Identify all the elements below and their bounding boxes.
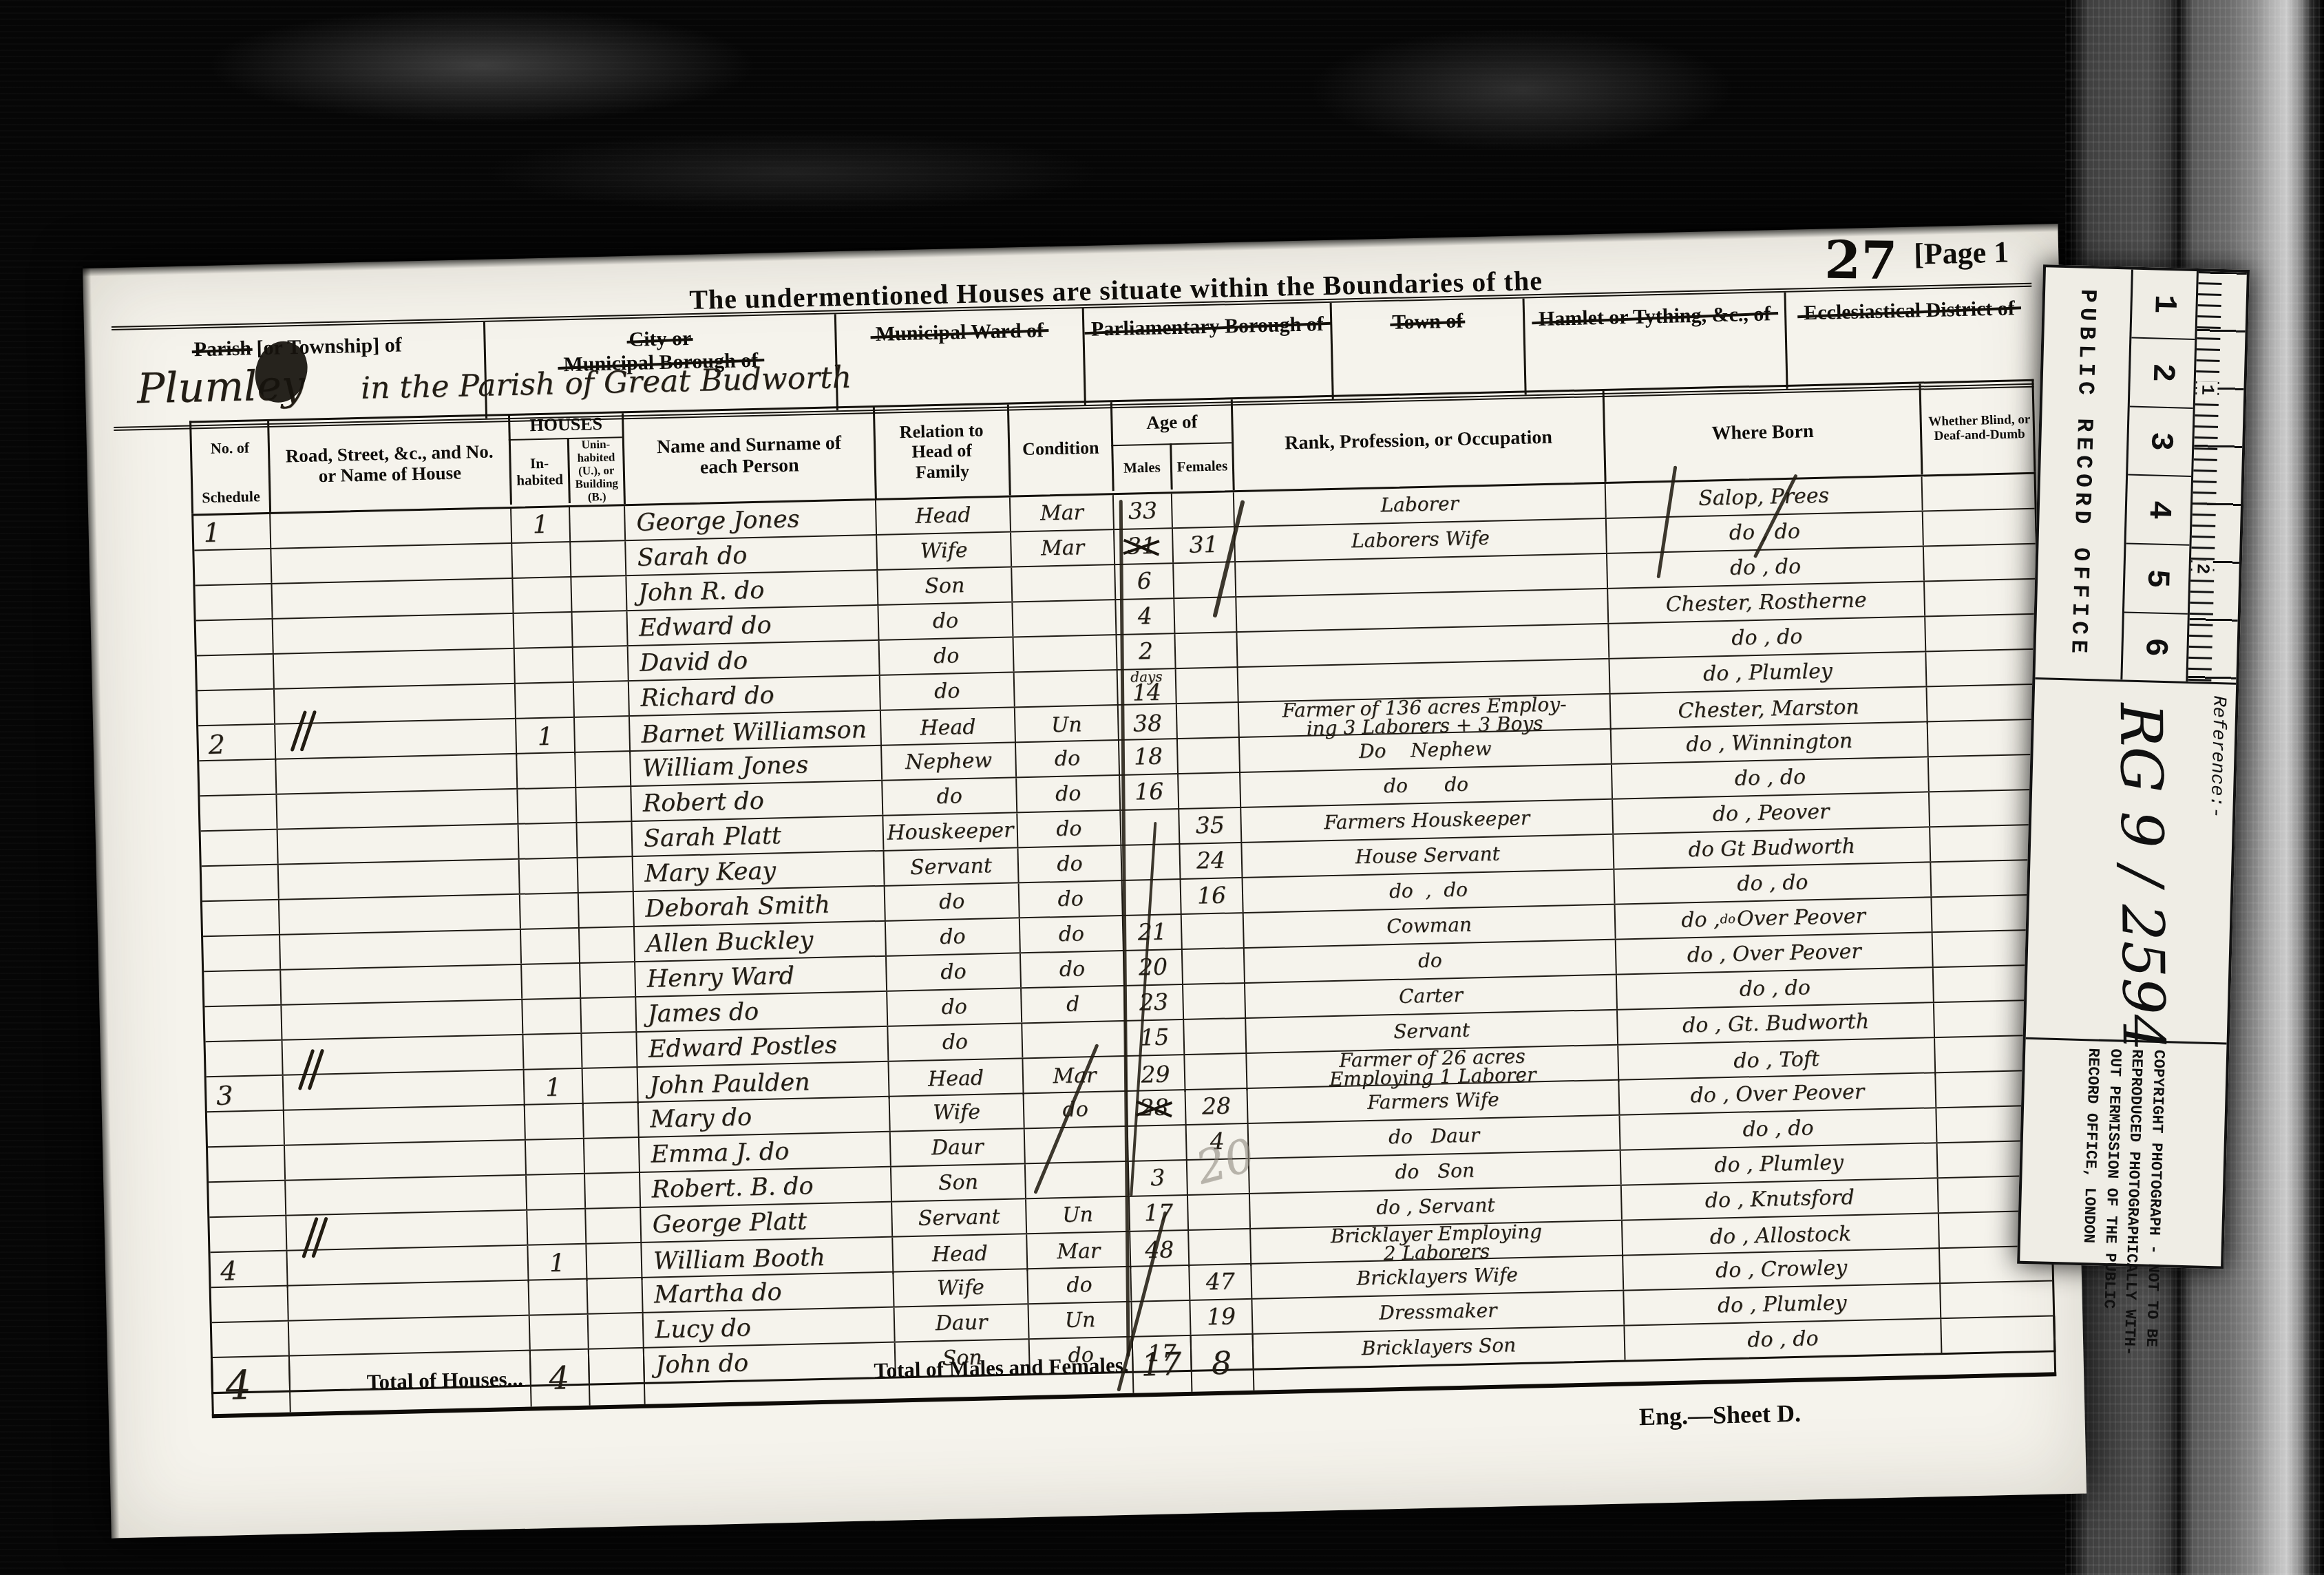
cell-name: Edward do <box>626 606 878 645</box>
cell-uninhabited <box>583 1138 639 1173</box>
cell-uninhabited <box>570 576 626 611</box>
cell-age-female <box>1183 1019 1245 1054</box>
cell-uninhabited <box>572 646 628 681</box>
cell-relation: Head <box>891 1234 1026 1274</box>
col-blind: Whether Blind, or Deaf-and-Dumb <box>1919 381 2038 475</box>
cell-uninhabited <box>580 997 635 1033</box>
cell-name: Allen Buckley <box>633 922 885 961</box>
col-females: Females <box>1170 442 1232 489</box>
cell-inhabited: 1 <box>510 507 569 542</box>
cell-name: Emma J. do <box>638 1132 890 1172</box>
cell-uninhabited <box>579 962 635 997</box>
cell-age-male: days14 <box>1117 669 1176 704</box>
cell-schedule: 4 <box>210 1251 286 1290</box>
cell-inhabited <box>511 542 570 578</box>
cell-uninhabited <box>574 752 630 787</box>
cell-condition: do <box>1019 916 1123 952</box>
cell-road <box>271 579 512 618</box>
cell-born: do , do <box>1616 968 1933 1008</box>
pen-tick <box>308 1216 340 1259</box>
ruler-number: 6 <box>2122 613 2188 681</box>
cell-name: Richard do <box>628 676 880 715</box>
cell-uninhabited <box>587 1278 642 1313</box>
cell-schedule <box>204 1006 281 1041</box>
cell-born: do , Knutsford <box>1620 1178 1938 1219</box>
col-males: Males <box>1111 443 1170 491</box>
cell-schedule: 2 <box>198 725 275 763</box>
cell-condition <box>1011 600 1115 636</box>
cell-relation: Daur <box>889 1129 1024 1165</box>
cell-uninhabited <box>582 1103 638 1138</box>
cell-condition: do <box>1017 846 1121 882</box>
pro-reference-section: Reference:- RG 9 / 2594 <box>2026 680 2236 1043</box>
cell-road <box>283 1106 525 1145</box>
cell-schedule <box>211 1287 288 1322</box>
scan-smudge <box>1308 28 1735 151</box>
cell-relation: do <box>881 778 1016 814</box>
cell-condition <box>1021 1022 1125 1057</box>
cell-inhabited: 1 <box>523 1069 582 1107</box>
cell-condition <box>1024 1127 1128 1163</box>
cell-relation: Servant <box>883 848 1018 885</box>
cell-age-male: 2 <box>1115 634 1174 669</box>
cell-relation: do <box>887 1024 1022 1060</box>
page-label: [Page 1 <box>1914 235 2009 272</box>
ruler-inch-label: 2 <box>2192 560 2213 577</box>
cell-name: Sarah Platt <box>631 816 883 856</box>
cell-born: do , Peover <box>1612 792 1929 833</box>
cell-condition: do <box>1018 881 1122 917</box>
cell-born: do , Gt. Budworth <box>1616 1003 1934 1044</box>
pen-tick <box>304 1048 337 1091</box>
ruler-number: 3 <box>2128 407 2193 477</box>
cell-age-male: 18 <box>1118 739 1177 774</box>
cell-condition: do <box>1015 776 1119 812</box>
cell-name: George Jones <box>624 500 876 540</box>
cell-inhabited <box>514 648 573 683</box>
cell-born: Chester, Rostherne <box>1607 582 1924 622</box>
col-inhabited: In-habited <box>509 439 569 505</box>
cell-schedule <box>196 584 272 620</box>
loc-cell: Municipal Ward of <box>834 308 1084 410</box>
cell-blind <box>1923 580 2039 616</box>
total-schedule: 4 <box>225 1357 252 1414</box>
cell-age-female: 35 <box>1178 808 1240 843</box>
cell-schedule <box>197 655 273 690</box>
col-houses-group: HOUSES <box>508 413 622 441</box>
cell-road <box>288 1316 529 1355</box>
cell-schedule <box>209 1216 286 1251</box>
cell-uninhabited <box>580 1033 636 1068</box>
pro-title: PUBLIC RECORD OFFICE <box>2035 267 2131 680</box>
total-mf-label: Total of Males and Females. <box>818 1337 1130 1400</box>
ruler-number: 4 <box>2126 476 2192 546</box>
col-name: Name and Surname of each Person <box>622 408 875 504</box>
cell-relation: do <box>886 989 1021 1025</box>
cell-born: do Gt Budworth <box>1612 827 1930 868</box>
cell-inhabited <box>514 683 573 718</box>
cell-born: do , do <box>1607 617 1925 657</box>
cell-schedule <box>194 549 271 584</box>
cell-uninhabited <box>584 1173 640 1208</box>
cell-condition <box>1013 670 1117 706</box>
cell-road <box>279 965 521 1004</box>
cell-born: do , do <box>1613 863 1930 903</box>
cell-age-female <box>1174 633 1236 668</box>
cell-name: Henry Ward <box>634 957 886 996</box>
col-condition: Condition <box>1007 402 1112 495</box>
cell-inhabited <box>516 753 575 788</box>
cell-uninhabited <box>575 822 631 857</box>
cell-condition: Un <box>1025 1197 1129 1233</box>
cell-blind <box>1939 1281 2055 1318</box>
cell-name: John R. do <box>625 571 877 610</box>
cell-schedule <box>212 1322 288 1357</box>
cell-inhabited <box>511 578 571 613</box>
census-page: The undermentioned Houses are situate wi… <box>83 224 2087 1539</box>
cell-schedule <box>209 1181 285 1216</box>
cell-schedule: 1 <box>193 514 270 549</box>
cell-name: Mary do <box>637 1097 889 1137</box>
sheet-footer: Eng.—Sheet D. <box>1541 1397 1899 1434</box>
cell-blind <box>1928 790 2044 827</box>
cell-uninhabited <box>578 927 634 962</box>
cell-age-male: 29 <box>1125 1055 1184 1093</box>
cell-born: do , Plumley <box>1608 652 1925 693</box>
cell-born: do , do <box>1611 757 1928 798</box>
cell-born: do , Crowley <box>1622 1249 1939 1289</box>
cell-age-female <box>1181 949 1244 984</box>
ruler-numbers: 123456 <box>2120 269 2197 681</box>
cell-condition <box>1011 565 1115 601</box>
cell-uninhabited <box>578 892 633 927</box>
cell-name: James do <box>635 992 887 1031</box>
cell-age-female: 31 <box>1172 527 1234 562</box>
cell-schedule <box>207 1111 284 1146</box>
cell-relation: Son <box>890 1164 1025 1201</box>
cell-road <box>277 860 519 899</box>
cell-relation: do <box>877 603 1012 639</box>
cell-relation: do <box>884 883 1019 920</box>
loc-cell: Hamlet or Tything, &c., of <box>1523 293 1786 395</box>
col-schedule: No. ofSchedule <box>191 421 269 514</box>
cell-age-male: 38 <box>1117 704 1176 742</box>
cell-age-female: 16 <box>1180 878 1243 913</box>
total-houses-label: Total of Houses... <box>295 1351 524 1412</box>
cell-road <box>275 790 517 829</box>
cell-road <box>277 825 518 864</box>
cell-name: William Jones <box>629 746 881 785</box>
cell-road <box>278 895 520 934</box>
cell-schedule <box>206 1041 282 1076</box>
cell-uninhabited <box>584 1208 640 1243</box>
cell-relation: Wife <box>876 533 1011 569</box>
ruler-number: 2 <box>2130 338 2195 408</box>
cell-uninhabited <box>585 1243 641 1281</box>
copyright-notice: COPYRIGHT PHOTOGRAPH - NOT TO BEREPRODUC… <box>2020 1037 2226 1267</box>
cell-name: David do <box>627 641 879 680</box>
cell-relation: Wife <box>892 1269 1027 1306</box>
reference-value-handwritten: RG 9 / 2594 <box>2107 703 2177 1052</box>
loc-cell: Parliamentary Borough of <box>1082 303 1332 405</box>
cell-condition: do <box>1016 811 1120 847</box>
cell-age-male <box>1119 810 1179 845</box>
cell-age-male: 3 <box>1128 1161 1187 1196</box>
cell-name: George Platt <box>640 1203 891 1242</box>
cell-uninhabited <box>577 857 633 892</box>
cell-blind <box>1921 474 2037 511</box>
cell-relation: do <box>879 673 1014 709</box>
cell-uninhabited <box>587 1313 643 1349</box>
cell-road <box>279 930 520 969</box>
cell-age-female: 19 <box>1189 1300 1251 1335</box>
cell-born: do , do <box>1606 547 1923 587</box>
cell-schedule <box>202 900 279 936</box>
cell-age-female <box>1187 1229 1250 1267</box>
cell-relation: Nephew <box>880 743 1015 779</box>
cell-schedule <box>208 1146 284 1181</box>
cell-condition: Mar <box>1009 495 1113 531</box>
pen-tick <box>297 709 329 752</box>
cell-age-female <box>1175 668 1238 703</box>
cell-uninhabited <box>569 506 624 541</box>
cell-relation: Wife <box>889 1094 1024 1130</box>
cell-inhabited: 1 <box>527 1245 586 1282</box>
cell-relation: Houskeeper <box>882 813 1017 849</box>
cell-uninhabited <box>573 717 629 754</box>
cell-name: Edward Postles <box>635 1027 887 1066</box>
cell-condition: do <box>1026 1267 1130 1303</box>
cell-schedule <box>196 620 273 655</box>
cell-age-female <box>1182 984 1245 1019</box>
cell-age-male: 17 <box>1128 1196 1187 1231</box>
cell-inhabited <box>513 613 572 648</box>
cell-age-female <box>1177 773 1240 808</box>
cell-schedule <box>201 830 277 865</box>
cell-born: do , Winnington <box>1610 722 1927 763</box>
cell-inhabited <box>525 1174 584 1209</box>
cell-relation: Head <box>875 498 1010 534</box>
total-houses-value: 4 <box>529 1349 589 1407</box>
cell-inhabited <box>526 1209 585 1245</box>
cell-road <box>284 1141 525 1180</box>
cell-road <box>280 1000 522 1039</box>
cell-inhabited <box>520 964 580 999</box>
scan-smudge <box>482 131 1101 213</box>
cell-age-male: 20 <box>1123 950 1182 985</box>
cell-age-male <box>1130 1266 1189 1301</box>
cell-age-female: 47 <box>1188 1265 1251 1300</box>
cell-name: Martha do <box>641 1273 893 1312</box>
cell-condition: Un <box>1014 706 1118 745</box>
loc-cell: Town of <box>1330 299 1525 399</box>
ruler-ticks: 1 2 <box>2186 271 2247 683</box>
cell-relation: Daur <box>894 1304 1028 1341</box>
ruler-number: 5 <box>2124 544 2190 614</box>
cell-inhabited <box>524 1104 583 1139</box>
census-scan: The undermentioned Houses are situate wi… <box>0 0 2324 1575</box>
cell-road <box>270 544 511 583</box>
cell-inhabited <box>529 1315 588 1350</box>
total-females: 8 <box>1190 1334 1254 1392</box>
cell-blind <box>1922 509 2038 546</box>
cell-condition: Mar <box>1026 1232 1130 1271</box>
cell-name: Deborah Smith <box>633 887 885 926</box>
cell-inhabited <box>516 788 575 823</box>
scan-smudge <box>207 7 757 124</box>
cell-condition <box>1013 635 1117 671</box>
cell-age-male: 16 <box>1119 774 1178 810</box>
cell-age-female <box>1183 1054 1246 1092</box>
cell-age-female <box>1176 738 1239 773</box>
cell-schedule <box>203 936 279 971</box>
cell-schedule <box>200 795 276 830</box>
cell-age-male: 15 <box>1124 1020 1183 1055</box>
cell-born: Salop, Prees <box>1605 476 1922 517</box>
cell-road <box>287 1281 529 1320</box>
cell-blind <box>1927 720 2042 757</box>
cell-born: do , Over Peover <box>1618 1073 1935 1114</box>
cell-age-female: 28 <box>1185 1089 1247 1124</box>
cell-born: do , do <box>1605 511 1923 552</box>
cell-uninhabited <box>582 1068 637 1106</box>
cell-born: do , Plumley <box>1623 1284 1940 1324</box>
loc-cell: Ecclesiastical District of <box>1784 287 2033 389</box>
cell-relation: do <box>885 953 1020 990</box>
cell-name: Mary Keay <box>632 852 884 891</box>
public-record-office-card: 1 2 123456 PUBLIC RECORD OFFICE Referenc… <box>2017 264 2250 1269</box>
cell-road <box>273 649 514 688</box>
col-relation: Relation to Head of Family <box>873 405 1009 498</box>
cell-blind <box>1923 545 2038 581</box>
cell-inhabited <box>518 858 578 894</box>
pro-ruler-section: 1 2 123456 PUBLIC RECORD OFFICE <box>2035 267 2247 685</box>
col-occupation: Rank, Profession, or Occupation <box>1231 391 1605 490</box>
cell-age-male: 21 <box>1122 915 1181 950</box>
cell-age-male: 23 <box>1123 985 1183 1020</box>
cell-age-female <box>1173 598 1236 633</box>
cell-relation: Head <box>880 708 1015 748</box>
cell-age-female <box>1171 492 1234 527</box>
cell-blind <box>1927 755 2043 792</box>
cell-condition: Un <box>1028 1302 1132 1338</box>
ruler-number: 1 <box>2131 270 2197 340</box>
cell-born: do , do <box>1618 1108 1936 1149</box>
cell-name: Sarah do <box>624 536 876 575</box>
cell-road <box>272 614 514 653</box>
cell-age-female <box>1176 703 1238 741</box>
cell-name: Robert. B. do <box>639 1167 891 1207</box>
page-number: 27 <box>1824 229 1898 291</box>
cell-uninhabited <box>575 787 631 822</box>
cell-condition: Mar <box>1022 1057 1126 1096</box>
cell-blind <box>1924 615 2040 651</box>
cell-uninhabited <box>569 541 625 576</box>
cell-inhabited <box>522 1034 581 1069</box>
cell-inhabited <box>520 929 579 964</box>
cell-condition: d <box>1020 986 1124 1022</box>
cell-road <box>284 1176 526 1215</box>
cell-born: do , Plumley <box>1620 1143 1937 1184</box>
cell-inhabited <box>519 894 578 929</box>
cell-relation: Servant <box>891 1199 1026 1236</box>
cell-blind <box>1925 650 2040 686</box>
reference-label: Reference:- <box>2205 695 2229 818</box>
cell-condition: do <box>1020 951 1123 987</box>
cell-inhabited: 1 <box>515 718 574 756</box>
cell-relation: do <box>878 637 1013 674</box>
cell-schedule <box>199 760 275 795</box>
cell-inhabited <box>528 1280 587 1315</box>
col-road: Road, Street, &c., and No. or Name of Ho… <box>267 416 510 512</box>
cell-born: do , doOver Peover <box>1614 898 1932 938</box>
cell-name: Robert do <box>630 781 882 821</box>
ruler-inch-label: 1 <box>2197 381 2218 398</box>
cell-inhabited <box>525 1139 584 1174</box>
cell-uninhabited <box>571 611 627 646</box>
cell-schedule: 3 <box>207 1076 283 1114</box>
cell-age-female: 24 <box>1179 843 1241 878</box>
cell-condition: Mar <box>1010 530 1114 566</box>
cell-relation: do <box>885 918 1020 955</box>
cell-uninhabited <box>573 681 628 717</box>
col-born: Where Born <box>1603 384 1921 482</box>
cell-inhabited <box>517 823 576 858</box>
cell-blind <box>1925 685 2041 724</box>
cell-born: do , Over Peover <box>1615 933 1932 973</box>
cell-schedule <box>198 690 274 725</box>
cell-relation: Son <box>876 568 1011 604</box>
col-age-group: Age of <box>1110 399 1232 445</box>
cell-schedule <box>204 971 280 1006</box>
col-uninhabited: Unin-habited (U.), or Building (B.) <box>567 438 624 503</box>
cell-age-female <box>1187 1194 1249 1229</box>
cell-schedule <box>202 865 278 900</box>
total-males: 17 <box>1132 1335 1192 1393</box>
cell-relation: Head <box>887 1059 1022 1099</box>
cell-road <box>275 754 516 794</box>
cell-road <box>269 509 511 548</box>
cell-condition: do <box>1015 741 1119 776</box>
cell-age-female <box>1181 913 1243 949</box>
cell-inhabited <box>521 999 580 1034</box>
cell-name: Lucy do <box>642 1308 894 1347</box>
